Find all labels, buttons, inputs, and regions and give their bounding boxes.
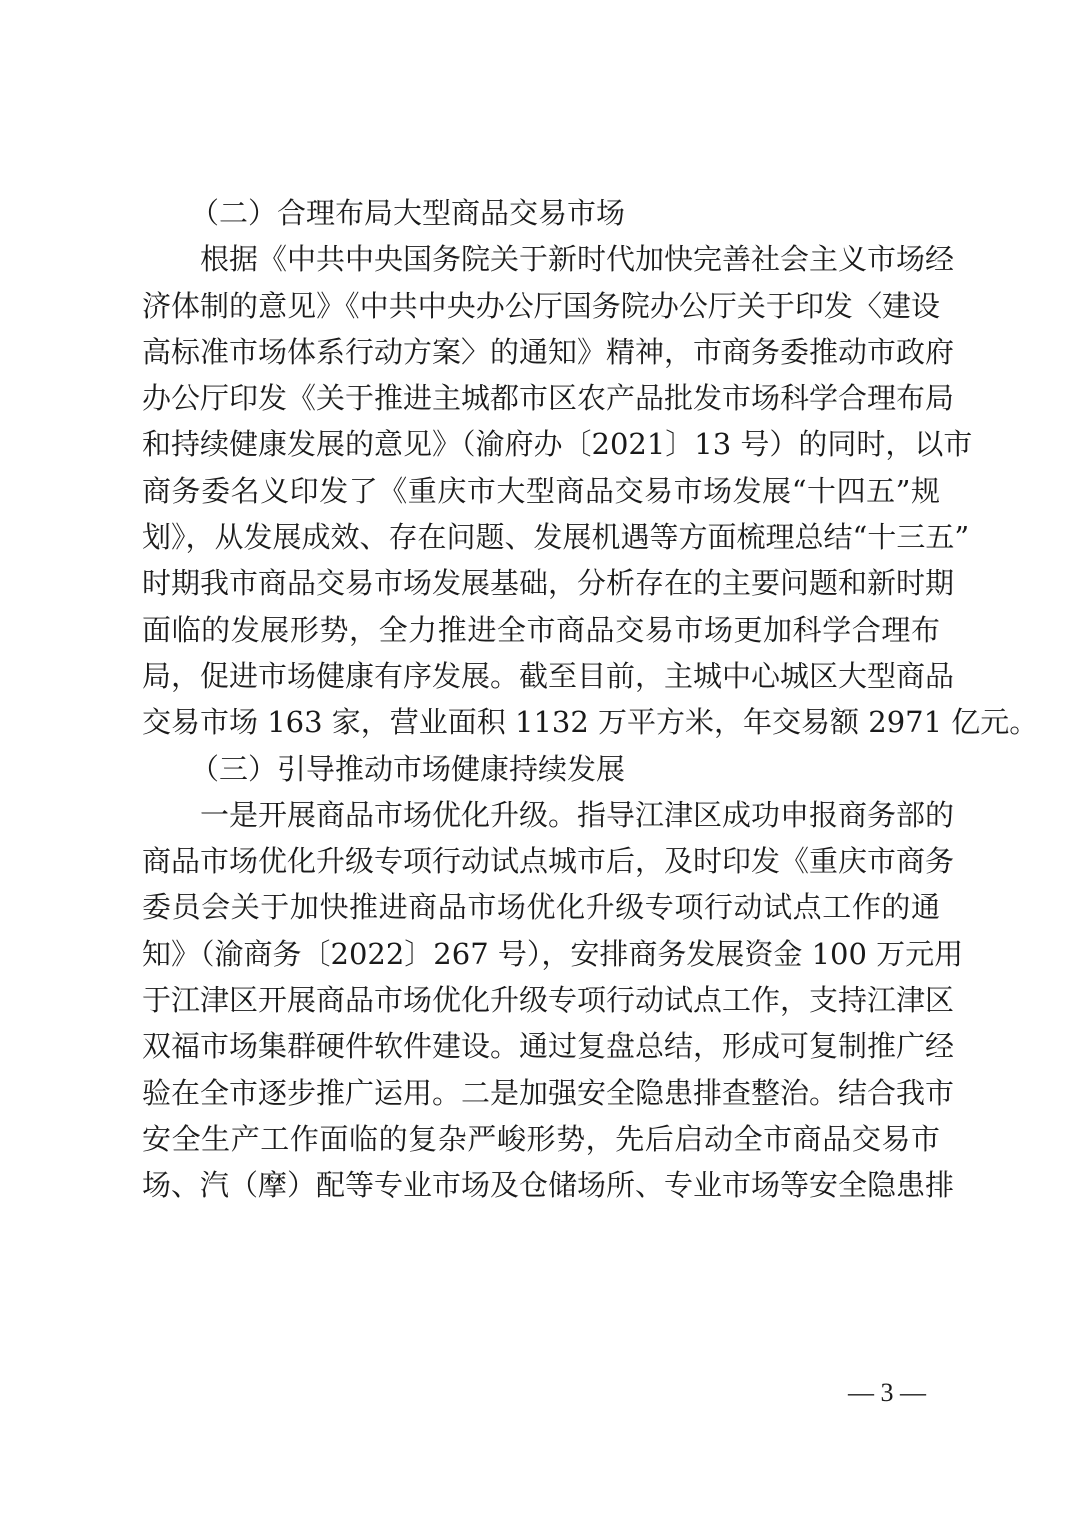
paragraph-line: 局，促进市场健康有序发展。截至目前，主城中心城区大型商品 <box>142 653 940 699</box>
paragraph-line: 验在全市逐步推广运用。二是加强安全隐患排查整治。结合我市 <box>142 1070 940 1116</box>
section-heading-2: （二）合理布局大型商品交易市场 <box>142 190 940 236</box>
paragraph-line: 场、汽（摩）配等专业市场及仓储场所、专业市场等安全隐患排 <box>142 1162 940 1208</box>
paragraph-line: 商品市场优化升级专项行动试点城市后，及时印发《重庆市商务 <box>142 838 940 884</box>
paragraph-line: 高标准市场体系行动方案〉的通知》精神，市商务委推动市政府 <box>142 329 940 375</box>
paragraph-line: 商务委名义印发了《重庆市大型商品交易市场发展“十四五”规 <box>142 468 940 514</box>
paragraph-line: 济体制的意见》《中共中央办公厅国务院办公厅关于印发〈建设 <box>142 283 940 329</box>
paragraph-line: 安全生产工作面临的复杂严峻形势，先后启动全市商品交易市 <box>142 1116 940 1162</box>
paragraph-line: 委员会关于加快推进商品市场优化升级专项行动试点工作的通 <box>142 884 940 930</box>
paragraph-line: 时期我市商品交易市场发展基础，分析存在的主要问题和新时期 <box>142 560 940 606</box>
paragraph-line: 根据《中共中央国务院关于新时代加快完善社会主义市场经 <box>142 236 940 282</box>
paragraph-line: 知》（渝商务〔2022〕267 号），安排商务发展资金 100 万元用 <box>142 931 940 977</box>
paragraph-line: 划》，从发展成效、存在问题、发展机遇等方面梳理总结“十三五” <box>142 514 940 560</box>
section-heading-3: （三）引导推动市场健康持续发展 <box>142 746 940 792</box>
paragraph-line: 面临的发展形势，全力推进全市商品交易市场更加科学合理布 <box>142 607 940 653</box>
document-page: （二）合理布局大型商品交易市场 根据《中共中央国务院关于新时代加快完善社会主义市… <box>142 190 940 1209</box>
paragraph-line: 和持续健康发展的意见》（渝府办〔2021〕13 号）的同时，以市 <box>142 421 940 467</box>
paragraph-line: 办公厅印发《关于推进主城都市区农产品批发市场科学合理布局 <box>142 375 940 421</box>
page-number: — 3 — <box>848 1378 926 1408</box>
paragraph-line: 双福市场集群硬件软件建设。通过复盘总结，形成可复制推广经 <box>142 1023 940 1069</box>
paragraph-line: 于江津区开展商品市场优化升级专项行动试点工作，支持江津区 <box>142 977 940 1023</box>
paragraph-line: 一是开展商品市场优化升级。指导江津区成功申报商务部的 <box>142 792 940 838</box>
paragraph-line: 交易市场 163 家，营业面积 1132 万平方米，年交易额 2971 亿元。 <box>142 699 940 745</box>
